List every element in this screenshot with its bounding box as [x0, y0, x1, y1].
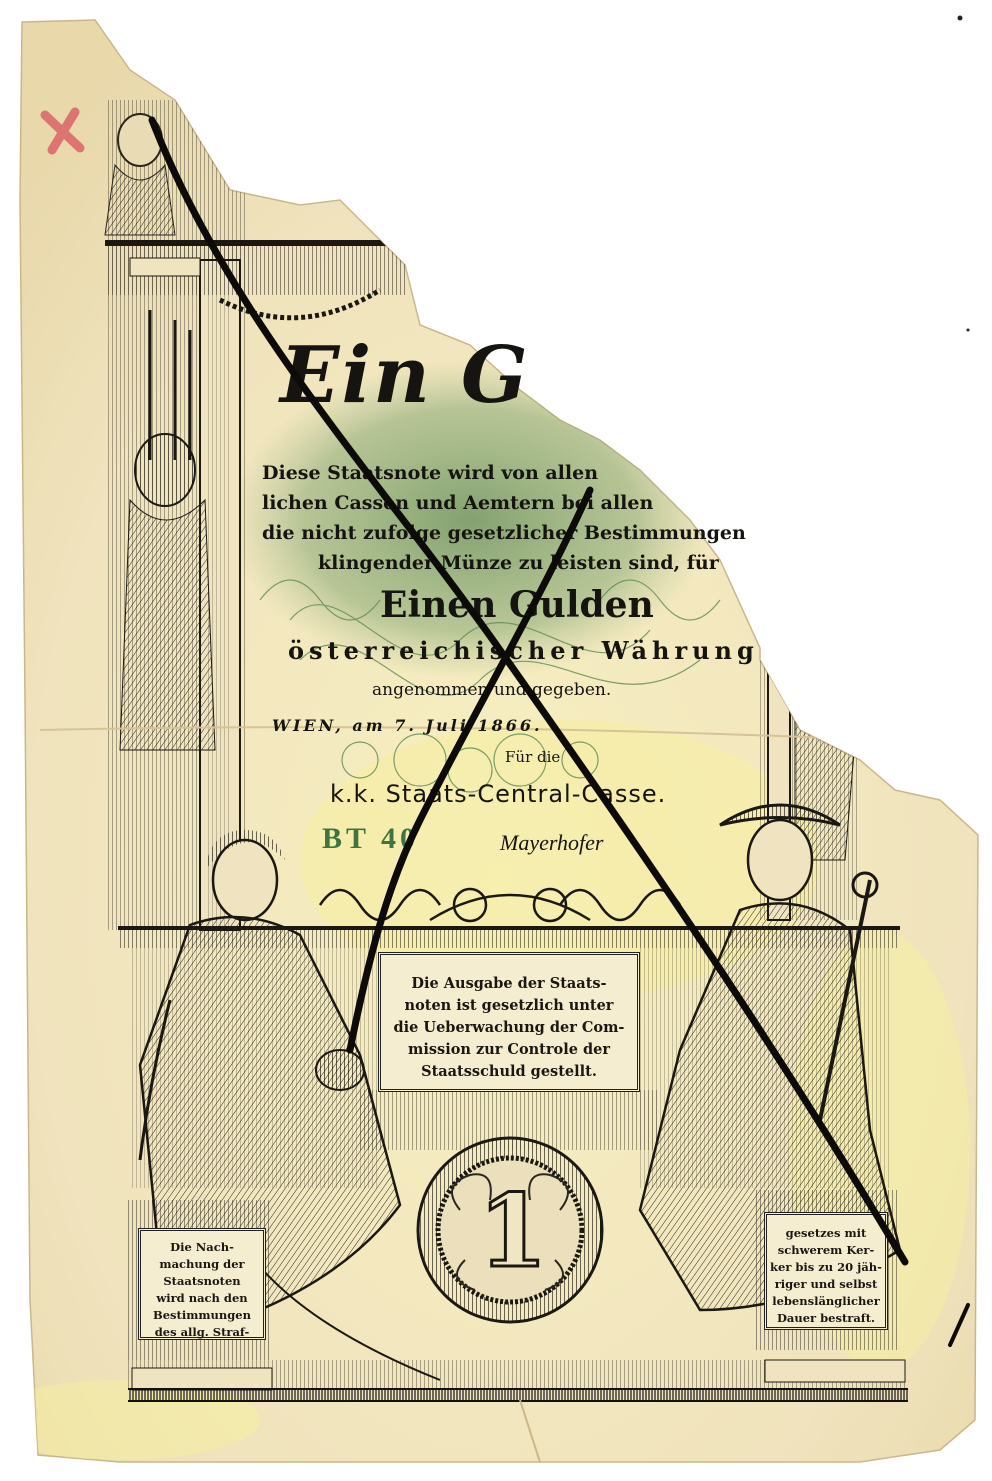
main-text-line: die nicht zufolge gesetzlicher Bestimmun… [262, 522, 746, 544]
left-notice-panel: Die Nach- machung der Staatsnoten wird n… [138, 1228, 266, 1340]
left-notice-line: machung der [141, 1256, 263, 1273]
denomination: Einen Gulden [380, 584, 654, 626]
center-notice-line: noten ist gesetzlich unter [381, 995, 637, 1017]
right-notice-line: schwerem Ker- [767, 1242, 885, 1259]
serial-number: BT 40 [322, 822, 419, 856]
center-notice-line: mission zur Controle der [381, 1039, 637, 1061]
left-notice-line: des allg. Straf- [141, 1324, 263, 1341]
banknote-scan: Ein G Diese Staatsnote wird von allen li… [0, 0, 992, 1481]
left-notice-line: Staatsnoten [141, 1273, 263, 1290]
center-notice-line: die Ueberwachung der Com- [381, 1017, 637, 1039]
left-notice-line: Die Nach- [141, 1239, 263, 1256]
signature: Mayerhofer [500, 830, 603, 856]
accepted-text: angenommen und gegeben. [372, 680, 611, 700]
right-notice-line: ker bis zu 20 jäh- [767, 1259, 885, 1276]
right-notice-panel: gesetzes mit schwerem Ker- ker bis zu 20… [764, 1212, 888, 1330]
right-notice-line: Dauer bestraft. [767, 1310, 885, 1327]
currency: österreichischer Währung [288, 636, 759, 665]
center-numeral: 1 [478, 1172, 548, 1290]
main-text-line: lichen Cassen und Aemtern bei allen [262, 492, 653, 514]
center-notice-line: Staatsschuld gestellt. [381, 1061, 637, 1083]
place-date: WIEN, am 7. Juli 1866. [272, 716, 543, 735]
left-notice-line: Bestimmungen [141, 1307, 263, 1324]
right-notice-line: lebenslänglicher [767, 1293, 885, 1310]
issuing-office: k.k. Staats-Central-Casse. [330, 780, 666, 808]
right-notice-line: riger und selbst [767, 1276, 885, 1293]
center-notice-line: Die Ausgabe der Staats- [381, 973, 637, 995]
right-notice-line: gesetzes mit [767, 1225, 885, 1242]
title-fragment: Ein G [280, 330, 530, 421]
main-text-line: klingender Münze zu leisten sind, für [318, 552, 719, 574]
main-text-line: Diese Staatsnote wird von allen [262, 462, 598, 484]
center-notice-panel: Die Ausgabe der Staats- noten ist gesetz… [378, 952, 640, 1092]
left-notice-line: wird nach den [141, 1290, 263, 1307]
for-label: Für die [505, 748, 560, 766]
